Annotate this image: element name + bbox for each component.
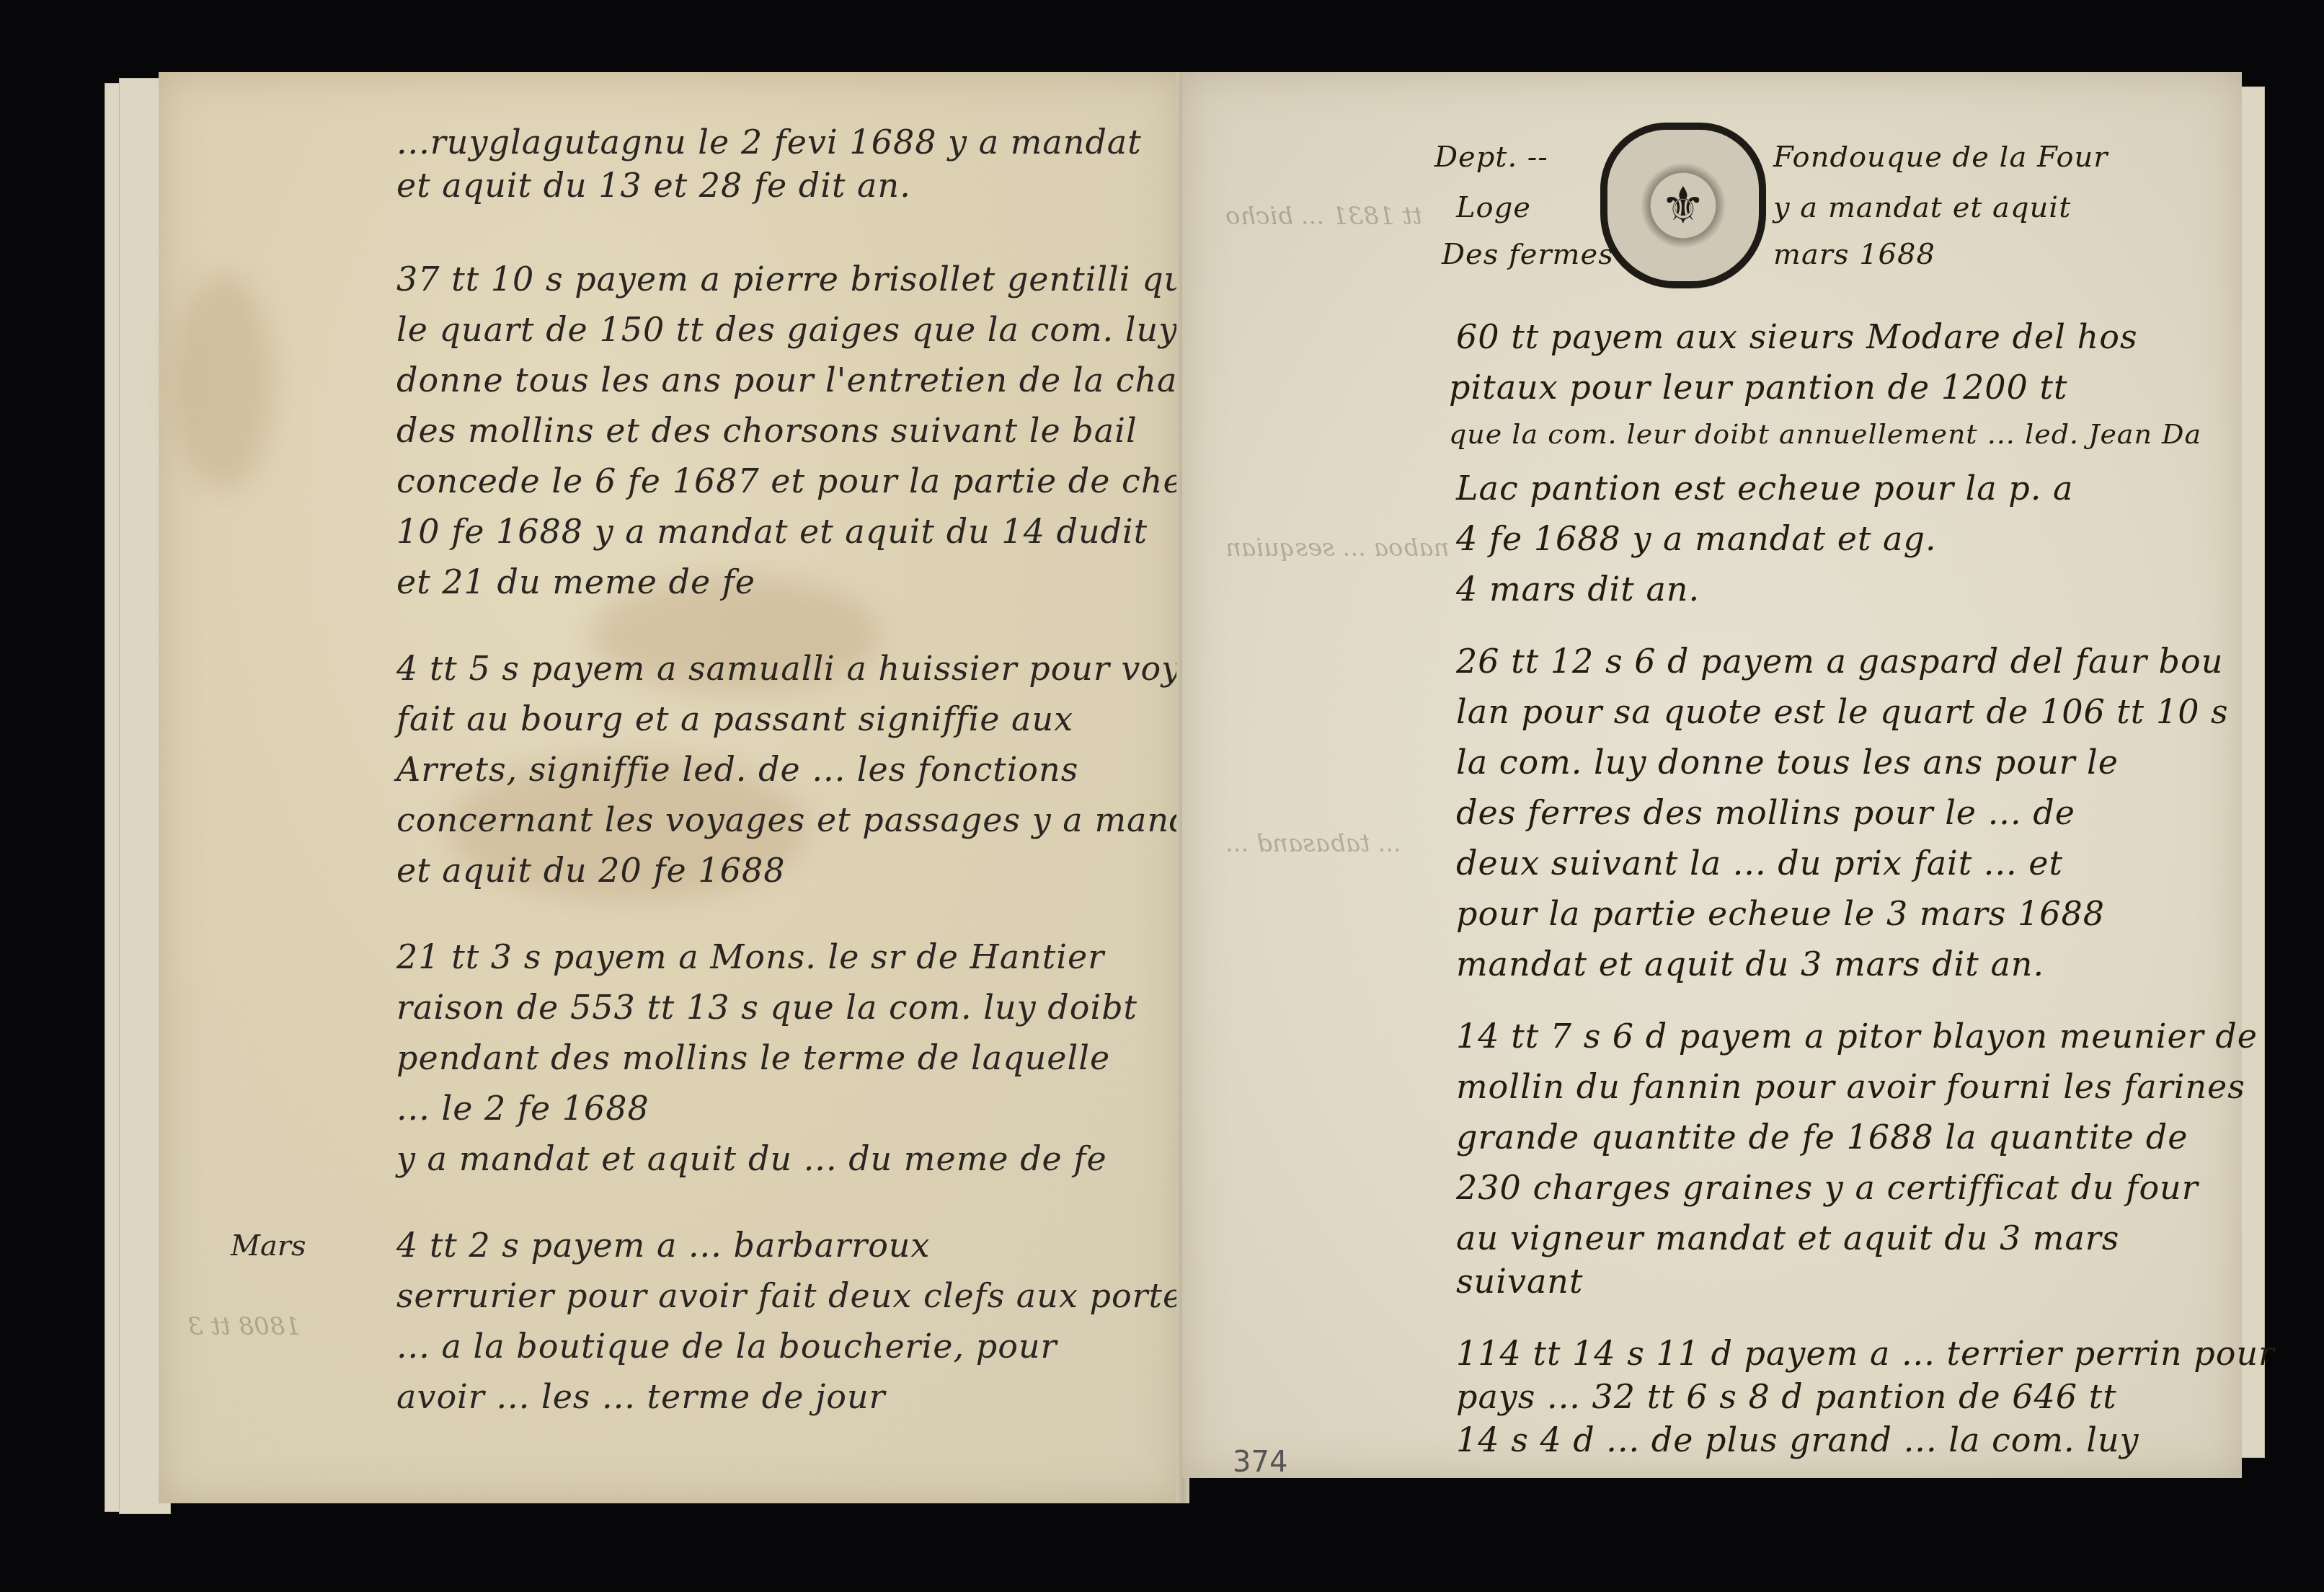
right-page: ⚜ Dept. -- Loge Des fermes Fondouque de … bbox=[1182, 72, 2242, 1478]
entry-line: le quart de 150 tt des gaiges que la com… bbox=[396, 310, 1178, 349]
entry-line: concede le 6 fe 1687 et pour la partie d… bbox=[396, 461, 1206, 500]
header-right: mars 1688 bbox=[1773, 238, 1935, 271]
entry-line: 4 fe 1688 y a mandat et ag. bbox=[1456, 519, 1937, 558]
header-left: Des fermes bbox=[1442, 238, 1614, 271]
entry-line: au vigneur mandat et aquit du 3 mars bbox=[1456, 1219, 2119, 1257]
entry-line: des ferres des mollins pour le ... de bbox=[1456, 793, 2075, 832]
margin-note: Mars bbox=[231, 1229, 306, 1262]
entry-line: avoir ... les ... terme de jour bbox=[396, 1377, 886, 1416]
entry-line: 26 tt 12 s 6 d payem a gaspard del faur … bbox=[1456, 642, 2223, 681]
bleed-through-text: 1808 tt 3 bbox=[187, 1312, 301, 1341]
left-page: ...ruyglagutagnu le 2 fevi 1688 y a mand… bbox=[159, 72, 1182, 1503]
entry-line: mollin du fannin pour avoir fourni les f… bbox=[1456, 1067, 2245, 1106]
entry-line: suivant bbox=[1456, 1262, 1583, 1301]
entry-line: ... le 2 fe 1688 bbox=[396, 1089, 649, 1128]
entry-line: 114 tt 14 s 11 d payem a ... terrier per… bbox=[1456, 1334, 2275, 1373]
entry-line: pitaux pour leur pantion de 1200 tt bbox=[1449, 368, 2067, 407]
entry-line: Arrets, signiffie led. de ... les foncti… bbox=[396, 750, 1078, 789]
entry-line: la com. luy donne tous les ans pour le bbox=[1456, 743, 2119, 782]
entry-line: 14 tt 7 s 6 d payem a pitor blayon meuni… bbox=[1456, 1017, 2258, 1056]
entry-line: grande quantite de fe 1688 la quantite d… bbox=[1456, 1118, 2188, 1157]
entry-line: 10 fe 1688 y a mandat et aquit du 14 dud… bbox=[396, 512, 1148, 551]
entry-line: concernant les voyages et passages y a m… bbox=[396, 800, 1225, 839]
stamp-seal-icon: ⚜ bbox=[1600, 123, 1766, 288]
entry-line: 230 charges graines y a certifficat du f… bbox=[1456, 1168, 2199, 1207]
entry-line: Lac pantion est echeue pour la p. a bbox=[1456, 469, 2074, 508]
entry-line: que la com. leur doibt annuellement ... … bbox=[1449, 418, 2201, 450]
header-left: Dept. -- bbox=[1434, 141, 1548, 174]
entry-line: 4 tt 5 s payem a samualli a huissier pou… bbox=[396, 649, 1243, 688]
entry-line: 4 mars dit an. bbox=[1456, 570, 1700, 609]
entry-line: 21 tt 3 s payem a Mons. le sr de Hantier bbox=[396, 937, 1104, 976]
entry-line: donne tous les ans pour l'entretien de l… bbox=[396, 361, 1293, 399]
entry-line: mandat et aquit du 3 mars dit an. bbox=[1456, 945, 2044, 983]
entry-line: pays ... 32 tt 6 s 8 d pantion de 646 tt bbox=[1456, 1377, 2117, 1416]
header-left: Loge bbox=[1456, 191, 1531, 224]
entry-line: 37 tt 10 s payem a pierre brisollet gent… bbox=[396, 260, 1261, 298]
entry-line: 60 tt payem aux sieurs Modare del hos bbox=[1456, 317, 2138, 356]
entry-line: deux suivant la ... du prix fait ... et bbox=[1456, 844, 2063, 883]
entry-line: ...ruyglagutagnu le 2 fevi 1688 y a mand… bbox=[396, 123, 1142, 162]
header-right: y a mandat et aquit bbox=[1773, 191, 2071, 224]
bleed-through-text: tt 1831 ... bicho bbox=[1225, 202, 1422, 231]
entry-line: raison de 553 tt 13 s que la com. luy do… bbox=[396, 988, 1137, 1027]
entry-line: pendant des mollins le terme de laquelle bbox=[396, 1038, 1110, 1077]
bleed-through-text: ... tabasand ... bbox=[1225, 829, 1401, 858]
entry-line: fait au bourg et a passant signiffie aux bbox=[396, 699, 1073, 738]
bleed-through-text: naboa ... sesquian bbox=[1225, 534, 1449, 562]
header-right: Fondouque de la Four bbox=[1773, 141, 2108, 174]
entry-line: et aquit du 20 fe 1688 bbox=[396, 851, 785, 890]
folio-number: 374 bbox=[1233, 1446, 1287, 1479]
entry-line: y a mandat et aquit du ... du meme de fe bbox=[396, 1139, 1107, 1178]
entry-line: des mollins et des chorsons suivant le b… bbox=[396, 411, 1137, 450]
entry-line: serrurier pour avoir fait deux clefs aux… bbox=[396, 1276, 1201, 1315]
entry-line: et aquit du 13 et 28 fe dit an. bbox=[396, 166, 911, 205]
entry-line: et 21 du meme de fe bbox=[396, 562, 755, 601]
entry-line: 14 s 4 d ... de plus grand ... la com. l… bbox=[1456, 1420, 2139, 1459]
entry-line: ... a la boutique de la boucherie, pour bbox=[396, 1327, 1057, 1366]
entry-line: lan pour sa quote est le quart de 106 tt… bbox=[1456, 692, 2229, 731]
entry-line: 4 tt 2 s payem a ... barbarroux bbox=[396, 1226, 930, 1265]
entry-line: pour la partie echeue le 3 mars 1688 bbox=[1456, 894, 2105, 933]
